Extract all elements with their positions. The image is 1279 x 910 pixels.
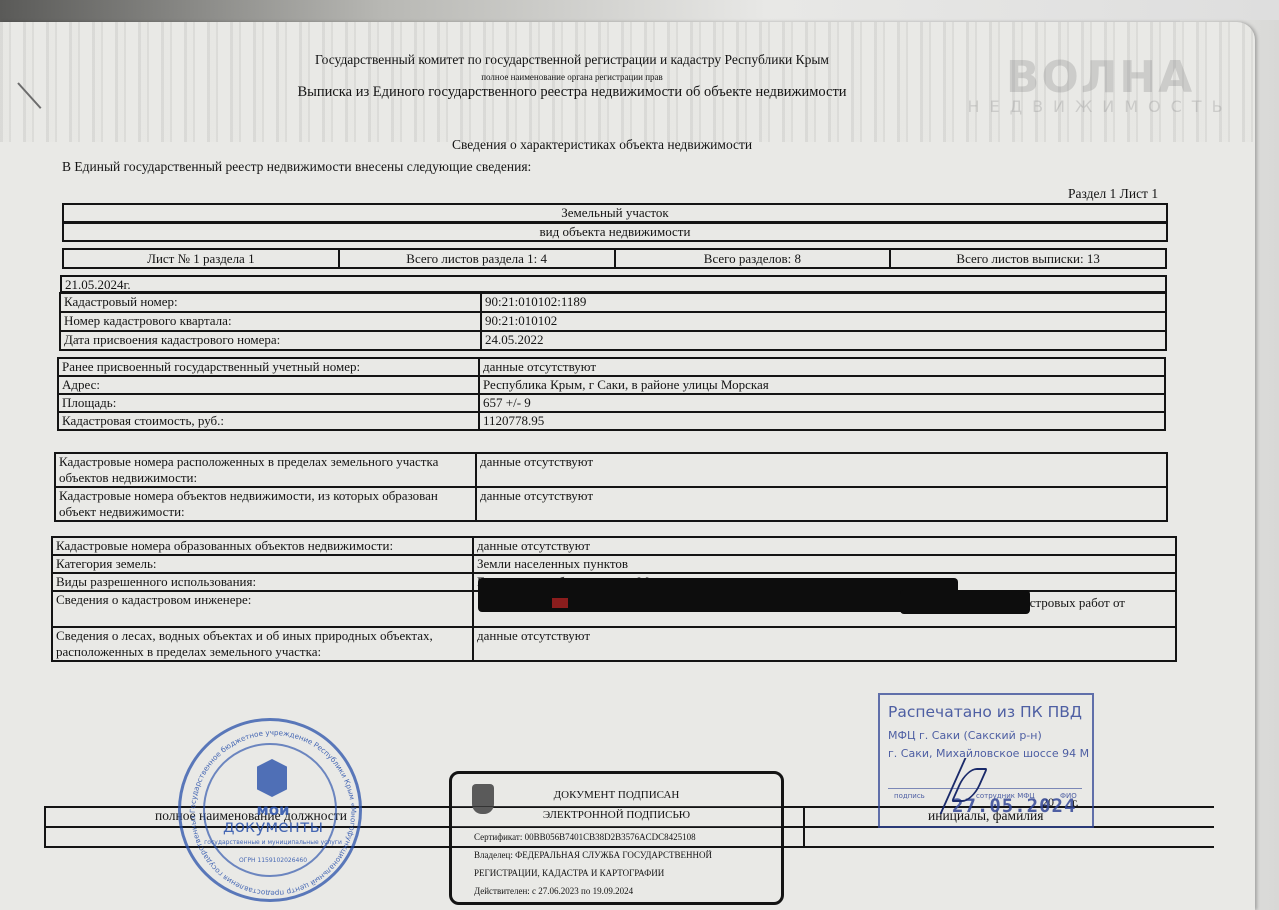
section-sheets-total: Всего листов раздела 1: 4 (340, 250, 616, 267)
table-row: Площадь: 657 +/- 9 (58, 394, 1165, 412)
table-row: Дата присвоения кадастрового номера: 24.… (60, 331, 1166, 350)
stamp-small-text: государственные и муниципальные услуги (181, 839, 365, 846)
field-label: Кадастровые номера расположенных в преде… (55, 453, 476, 487)
stamp-brand-bottom: документы (181, 817, 365, 837)
esig-certificate: Сертификат: 00BB056B7401CB38D2B3576ACDC8… (474, 832, 696, 842)
table-row: Кадастровые номера расположенных в преде… (55, 453, 1167, 487)
redaction-artifact (552, 598, 568, 608)
field-value: данные отсутствуют (473, 627, 1176, 661)
table-row: Адрес: Республика Крым, г Саки, в районе… (58, 376, 1165, 394)
esig-validity: Действителен: с 27.06.2023 по 19.09.2024 (474, 886, 633, 896)
field-value: данные отсутствуют (476, 453, 1167, 487)
field-value: 1120778.95 (479, 412, 1165, 430)
moi-dokumenty-logo-icon (257, 759, 287, 797)
esig-title-2: ЭЛЕКТРОННОЙ ПОДПИСЬЮ (452, 809, 781, 821)
field-label: Категория земель: (52, 555, 473, 573)
electronic-signature-block: ДОКУМЕНТ ПОДПИСАН ЭЛЕКТРОННОЙ ПОДПИСЬЮ С… (449, 771, 784, 905)
cadastral-table: Кадастровый номер: 90:21:010102:1189 Ном… (59, 292, 1167, 351)
field-label: Кадастровые номера образованных объектов… (52, 537, 473, 555)
section-sheet-ref: Раздел 1 Лист 1 (1068, 186, 1158, 202)
property-table: Ранее присвоенный государственный учетны… (57, 357, 1166, 431)
table-row: Кадастровая стоимость, руб.: 1120778.95 (58, 412, 1165, 430)
table-row: Кадастровый номер: 90:21:010102:1189 (60, 293, 1166, 312)
sections-total: Всего разделов: 8 (616, 250, 892, 267)
field-label: Кадастровые номера объектов недвижимости… (55, 487, 476, 521)
round-stamp: Государственное бюджетное учреждение Рес… (178, 718, 362, 902)
extract-sheets-total: Всего листов выписки: 13 (891, 250, 1165, 267)
table-row: Ранее присвоенный государственный учетны… (58, 358, 1165, 376)
field-value: 90:21:010102 (481, 312, 1166, 331)
field-value: данные отсутствуют (479, 358, 1165, 376)
field-value: 657 +/- 9 (479, 394, 1165, 412)
field-value: данные отсутствуют (476, 487, 1167, 521)
field-label: Сведения о лесах, водных объектах и об и… (52, 627, 473, 661)
redaction-block (478, 578, 958, 612)
print-stamp-title: Распечатано из ПК ПВД (888, 703, 1082, 721)
field-value: Республика Крым, г Саки, в районе улицы … (479, 376, 1165, 394)
sheet-number: Лист № 1 раздела 1 (64, 250, 340, 267)
esig-owner-2: РЕГИСТРАЦИИ, КАДАСТРА И КАРТОГРАФИИ (474, 868, 664, 878)
field-value: данные отсутствуют (473, 537, 1176, 555)
field-value: 24.05.2022 (481, 331, 1166, 350)
field-label: Номер кадастрового квартала: (60, 312, 481, 331)
field-label: Кадастровая стоимость, руб.: (58, 412, 479, 430)
field-label: Кадастровый номер: (60, 293, 481, 312)
sheet-info-row: Лист № 1 раздела 1 Всего листов раздела … (62, 248, 1167, 269)
staple-mark (17, 82, 41, 109)
field-value: Земли населенных пунктов (473, 555, 1176, 573)
field-label: Сведения о кадастровом инженере: (52, 591, 473, 627)
object-type-caption: вид объекта недвижимости (62, 222, 1168, 242)
redaction-block (900, 590, 1030, 614)
stamp-ogrn: ОГРН 1159102026460 (181, 857, 365, 864)
watermark: ВОЛНА НЕДВИЖИМОСТЬ (960, 52, 1240, 116)
field-label: Площадь: (58, 394, 479, 412)
section-heading: Сведения о характеристиках объекта недви… (452, 137, 752, 153)
field-value: 90:21:010102:1189 (481, 293, 1166, 312)
signature-line (44, 806, 46, 848)
esig-owner-1: Владелец: ФЕДЕРАЛЬНАЯ СЛУЖБА ГОСУДАРСТВЕ… (474, 850, 712, 860)
object-type: Земельный участок (62, 203, 1168, 223)
field-label: Дата присвоения кадастрового номера: (60, 331, 481, 350)
print-stamp-office: МФЦ г. Саки (Сакский р-н) (888, 729, 1042, 742)
table-row: Сведения о лесах, водных объектах и об и… (52, 627, 1176, 661)
extract-date: 21.05.2024г. (60, 275, 1167, 293)
field-label: Ранее присвоенный государственный учетны… (58, 358, 479, 376)
print-stamp-cap-sign: подпись (894, 792, 925, 800)
signature-line (803, 806, 805, 848)
esig-title-1: ДОКУМЕНТ ПОДПИСАН (452, 789, 781, 801)
table-row: Номер кадастрового квартала: 90:21:01010… (60, 312, 1166, 331)
table-row: Кадастровые номера объектов недвижимости… (55, 487, 1167, 521)
table-row: Кадастровые номера образованных объектов… (52, 537, 1176, 555)
table-row: Категория земель: Земли населенных пункт… (52, 555, 1176, 573)
field-label: Виды разрешенного использования: (52, 573, 473, 591)
field-label: Адрес: (58, 376, 479, 394)
related-objects-table: Кадастровые номера расположенных в преде… (54, 452, 1168, 522)
intro-text: В Единый государственный реестр недвижим… (62, 159, 531, 175)
